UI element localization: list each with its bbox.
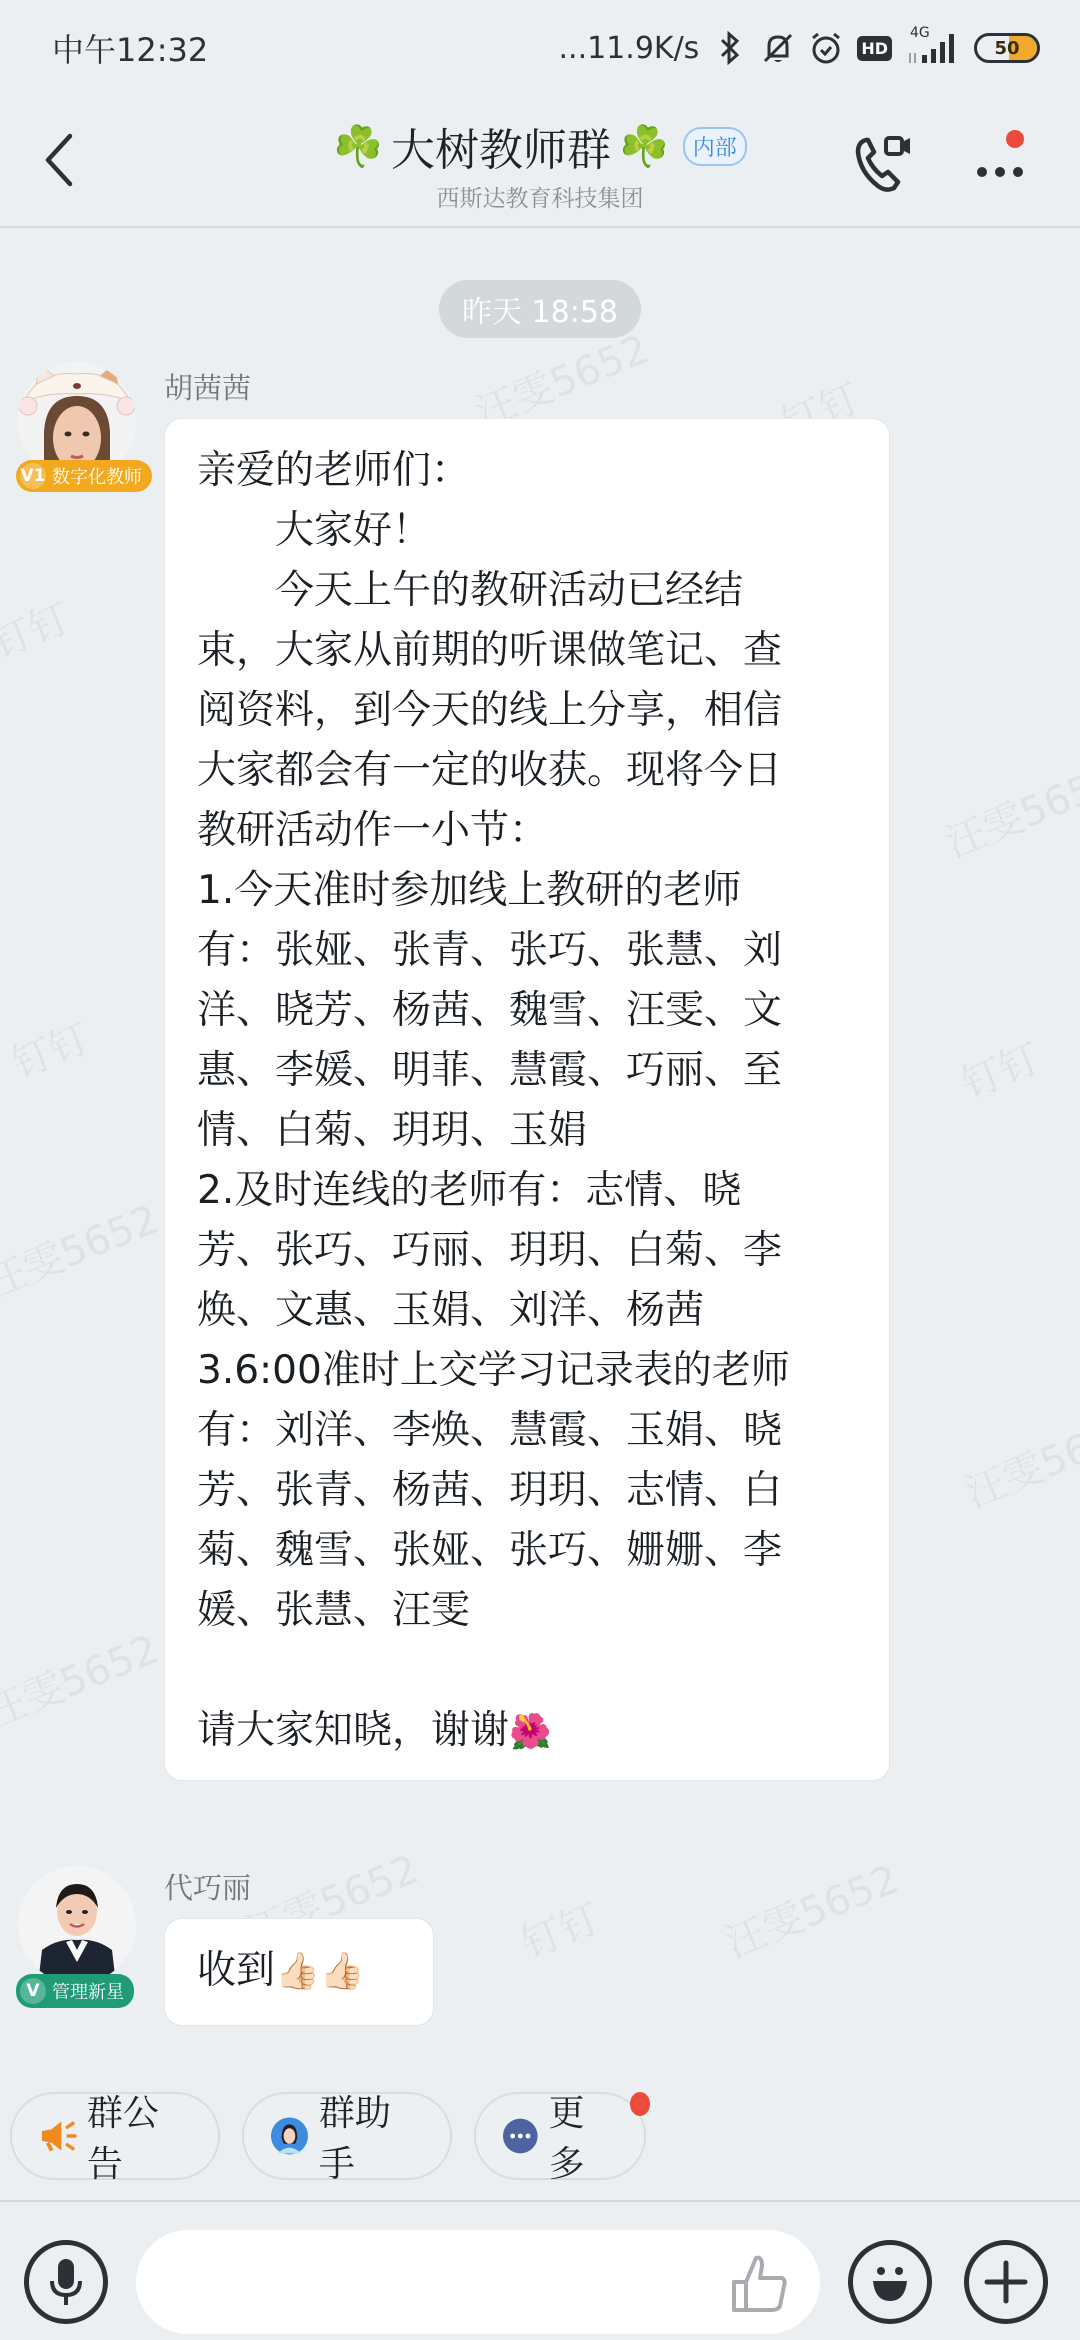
smiley-icon <box>865 2257 915 2307</box>
watermark: 钉钉 <box>0 587 78 670</box>
quick-action-label: 群助手 <box>319 2085 424 2187</box>
status-bar: 中午12:32 ...11.9K/s HD 4G 50 <box>0 0 1080 96</box>
title-area[interactable]: ☘️ 大树教师群 ☘️ 内部 西斯达教育科技集团 <box>0 114 1080 213</box>
message-line <box>197 1641 857 1701</box>
user-title-badge: V1 数字化教师 <box>16 460 152 492</box>
watermark: 汪雯5652 <box>0 1618 166 1739</box>
message-line: 媛、张慧、汪雯 <box>197 1581 857 1641</box>
phone-video-icon <box>852 130 918 196</box>
message-line: 亲爱的老师们： <box>197 441 857 501</box>
watermark: 汪雯5652 <box>0 1188 166 1309</box>
message-bubble[interactable]: 收到👍🏻👍🏻 <box>164 1918 434 2026</box>
message-bubble[interactable]: 亲爱的老师们： 大家好！ 今天上午的教研活动已经结 束，大家从前期的听课做笔记、… <box>164 418 890 1781</box>
watermark: 汪雯5652 <box>936 748 1080 869</box>
badge-label: 数字化教师 <box>52 463 142 489</box>
message-line: 菊、魏雪、张娅、张巧、姗姗、李 <box>197 1521 857 1581</box>
message-line: 今天上午的教研活动已经结 <box>197 561 857 621</box>
like-button[interactable] <box>728 2252 792 2314</box>
voice-button[interactable] <box>24 2240 108 2324</box>
message-line: 束，大家从前期的听课做笔记、查 <box>197 621 857 681</box>
message-line: 情、白菊、玥玥、玉娟 <box>197 1101 857 1161</box>
megaphone-icon <box>38 2119 77 2153</box>
message-line: 焕、文惠、玉娟、刘洋、杨茜 <box>197 1281 857 1341</box>
internal-badge: 内部 <box>683 127 747 166</box>
organization-name: 西斯达教育科技集团 <box>0 180 1080 213</box>
battery-icon: 50 <box>974 33 1040 63</box>
watermark: 钉钉 <box>2 1007 98 1090</box>
group-assistant-button[interactable]: 群助手 <box>242 2092 452 2180</box>
network-speed: ...11.9K/s <box>559 31 700 66</box>
message-line: 惠、李媛、明菲、慧霞、巧丽、至 <box>197 1041 857 1101</box>
more-actions-button[interactable]: 更多 <box>474 2092 646 2180</box>
alarm-icon <box>809 31 843 65</box>
chat-header: ☘️ 大树教师群 ☘️ 内部 西斯达教育科技集团 <box>0 96 1080 228</box>
battery-level: 50 <box>994 38 1019 59</box>
mute-bell-icon <box>761 31 795 65</box>
message-line: 1.今天准时参加线上教研的老师 <box>197 861 857 921</box>
hd-icon: HD <box>857 36 892 61</box>
clover-icon: ☘️ <box>619 123 669 170</box>
watermark: 汪雯5652 <box>716 1848 906 1969</box>
message-line: 教研活动作一小节： <box>197 801 857 861</box>
message-line: 阅资料，到今天的线上分享，相信 <box>197 681 857 741</box>
group-title: 大树教师群 <box>391 114 611 178</box>
level-icon: V1 <box>20 463 46 489</box>
plus-icon <box>983 2259 1029 2305</box>
call-button[interactable] <box>852 130 918 196</box>
message-line: 有：刘洋、李焕、慧霞、玉娟、晓 <box>197 1401 857 1461</box>
bluetooth-icon <box>713 31 747 65</box>
assistant-avatar-icon <box>270 2116 309 2156</box>
message-line: 大家都会有一定的收获。现将今日 <box>197 741 857 801</box>
emoji-button[interactable] <box>848 2240 932 2324</box>
message-input[interactable] <box>136 2230 820 2334</box>
thumbs-up-emoji-icon: 👍🏻👍🏻 <box>275 1951 365 1992</box>
message-line: 大家好！ <box>197 501 857 561</box>
signal-icon: 4G <box>906 31 960 65</box>
more-button[interactable] <box>968 130 1032 196</box>
status-icons: ...11.9K/s HD 4G 50 <box>559 31 1041 66</box>
more-circle-icon <box>502 2117 539 2155</box>
status-time: 中午12:32 <box>52 25 208 71</box>
network-type: 4G <box>910 25 930 41</box>
watermark: 钉钉 <box>512 1887 608 1970</box>
plus-button[interactable] <box>964 2240 1048 2324</box>
group-announcement-button[interactable]: 群公告 <box>10 2092 220 2180</box>
message-line: 芳、张青、杨茜、玥玥、志情、白 <box>197 1461 857 1521</box>
verified-icon: V <box>20 1978 46 2004</box>
watermark: 汪雯5652 <box>956 1398 1080 1519</box>
message-line: 请大家知晓，谢谢🌺 <box>197 1701 857 1762</box>
quick-action-label: 群公告 <box>87 2085 192 2187</box>
clover-icon: ☘️ <box>333 123 383 170</box>
badge-label: 管理新星 <box>52 1978 124 2004</box>
quick-actions-bar: 群公告 群助手 更多 <box>10 2092 646 2180</box>
user-title-badge: V 管理新星 <box>16 1974 134 2008</box>
thumbs-up-icon <box>728 2252 792 2314</box>
message-line: 3.6:00准时上交学习记录表的老师 <box>197 1341 857 1401</box>
message-line: 芳、张巧、巧丽、玥玥、白菊、李 <box>197 1221 857 1281</box>
quick-action-label: 更多 <box>549 2085 618 2187</box>
more-dots-icon <box>977 167 987 177</box>
microphone-icon <box>46 2255 86 2309</box>
notification-dot <box>1006 130 1024 148</box>
message-text: 收到 <box>197 1948 275 1993</box>
sender-name: 胡茜茜 <box>164 366 251 407</box>
message-line: 洋、晓芳、杨茜、魏雪、汪雯、文 <box>197 981 857 1041</box>
notification-dot <box>630 2092 650 2116</box>
input-bar <box>0 2200 1080 2340</box>
flower-emoji-icon: 🌺 <box>509 1712 551 1752</box>
message-line: 2.及时连线的老师有：志情、晓 <box>197 1161 857 1221</box>
message-line: 有：张娅、张青、张巧、张慧、刘 <box>197 921 857 981</box>
time-divider: 昨天 18:58 <box>439 280 641 338</box>
avatar[interactable] <box>18 1866 136 1984</box>
sender-name: 代巧丽 <box>164 1866 251 1907</box>
watermark: 钉钉 <box>952 1027 1048 1110</box>
